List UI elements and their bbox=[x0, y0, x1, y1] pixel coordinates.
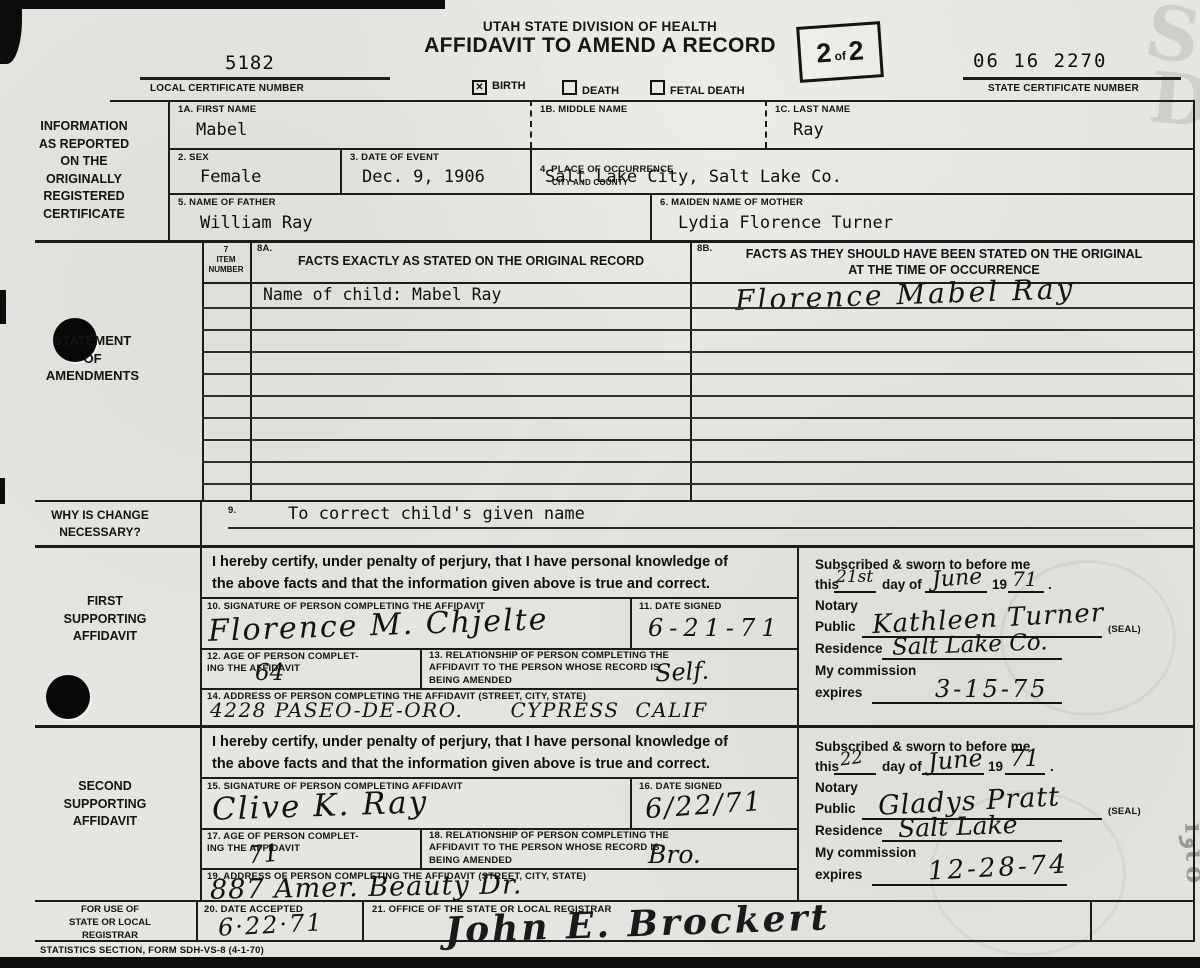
grid-line bbox=[420, 828, 422, 868]
ruled-line bbox=[202, 483, 1195, 485]
notary1-seal-label: (SEAL) bbox=[1108, 624, 1141, 636]
notary2-commission-label: My commission bbox=[815, 845, 916, 860]
form-number: STATISTICS SECTION, FORM SDH-VS-8 (4-1-7… bbox=[40, 945, 264, 957]
item-number-header: 7 ITEM NUMBER bbox=[202, 245, 250, 275]
underline bbox=[872, 702, 1062, 704]
page-stamp-total: 2 bbox=[848, 35, 865, 67]
col-8a-title: FACTS EXACTLY AS STATED ON THE ORIGINAL … bbox=[252, 254, 690, 268]
notary2-seal-label: (SEAL) bbox=[1108, 806, 1141, 818]
notary2-day: 22 bbox=[839, 747, 865, 771]
grid-line bbox=[797, 545, 799, 725]
affidavit1-certification: I hereby certify, under penalty of perju… bbox=[212, 551, 787, 596]
page-stamp: 2 of 2 bbox=[796, 21, 884, 83]
change-reason-side-label: WHY IS CHANGE NECESSARY? bbox=[20, 507, 180, 541]
hole-punch-bottom bbox=[46, 675, 90, 719]
age2-value: 71 bbox=[247, 839, 280, 870]
affidavit2-certification: I hereby certify, under penalty of perju… bbox=[212, 731, 787, 776]
notary2-residence: Salt Lake bbox=[898, 810, 1018, 843]
grid-line bbox=[35, 545, 1195, 548]
grid-line bbox=[797, 725, 799, 900]
date-of-event-value: Dec. 9, 1906 bbox=[362, 167, 485, 187]
grid-line bbox=[1090, 900, 1092, 940]
cert-line-2: the above facts and that the information… bbox=[212, 753, 787, 775]
page-stamp-page: 2 bbox=[815, 37, 832, 69]
scanned-affidavit-document: S D ıوιο UTAH STATE DIVISION OF HEALTH A… bbox=[0, 0, 1200, 968]
grid-line bbox=[168, 193, 1195, 195]
notary1-year: 71 bbox=[1012, 567, 1037, 591]
relationship2-label: 18. RELATIONSHIP OF PERSON COMPLETING TH… bbox=[429, 830, 669, 867]
state-certificate-label: STATE CERTIFICATE NUMBER bbox=[988, 82, 1139, 95]
underline bbox=[922, 773, 984, 775]
middle-name-label: 1B. MIDDLE NAME bbox=[540, 104, 627, 116]
fact-original-value: Name of child: Mabel Ray bbox=[263, 285, 501, 304]
grid-line bbox=[1193, 100, 1195, 940]
notary1-expires-label: expires bbox=[815, 685, 862, 700]
notary1-day: 21st bbox=[836, 567, 873, 587]
grid-line bbox=[340, 148, 342, 193]
grid-line bbox=[200, 597, 797, 599]
grid-line bbox=[168, 100, 170, 240]
underline bbox=[882, 658, 1062, 660]
notary1-expires: 3-15-75 bbox=[935, 675, 1049, 703]
grid-line bbox=[650, 193, 652, 240]
relationship1-value: Self. bbox=[654, 657, 709, 688]
grid-line bbox=[362, 900, 364, 940]
state-cert-rule bbox=[963, 77, 1181, 80]
date-of-event-label: 3. DATE OF EVENT bbox=[350, 152, 439, 164]
death-checkbox bbox=[562, 80, 577, 95]
change-reason-value: To correct child's given name bbox=[288, 504, 585, 524]
grid-line bbox=[35, 500, 1195, 502]
change-reason-number: 9. bbox=[228, 505, 236, 517]
ruled-line bbox=[228, 527, 1195, 529]
ruled-line bbox=[202, 417, 1195, 419]
age1-value: 64 bbox=[255, 660, 284, 686]
notary2-month: June bbox=[927, 744, 984, 777]
ruled-line bbox=[202, 373, 1195, 375]
date-signed1-value: 6-21-71 bbox=[648, 614, 783, 642]
birth-label: BIRTH bbox=[492, 80, 526, 92]
state-certificate-number: 06 16 2270 bbox=[973, 50, 1107, 72]
mother-label: 6. MAIDEN NAME OF MOTHER bbox=[660, 197, 803, 209]
last-name-label: 1C. LAST NAME bbox=[775, 104, 850, 116]
grid-line bbox=[200, 725, 202, 900]
notary2-year-prefix: 19 bbox=[988, 759, 1003, 774]
grid-line bbox=[630, 777, 632, 828]
sex-label: 2. SEX bbox=[178, 152, 209, 164]
grid-line bbox=[200, 688, 797, 690]
underline bbox=[1008, 591, 1044, 593]
affidavit2-side-label: SECOND SUPPORTING AFFIDAVIT bbox=[25, 778, 185, 831]
underline bbox=[925, 591, 987, 593]
notary1-month: June bbox=[931, 564, 983, 592]
notary2-notary-label: Notary bbox=[815, 780, 858, 795]
ruled-line bbox=[202, 461, 1195, 463]
last-name-value: Ray bbox=[793, 120, 824, 140]
notary2-year: 71 bbox=[1010, 746, 1039, 772]
notary2-residence-label: Residence bbox=[815, 823, 883, 838]
scan-edge-bottom bbox=[0, 957, 1200, 968]
signature2-value: Clive K. Ray bbox=[211, 784, 428, 828]
place-value: Salt Lake City, Salt Lake Co. bbox=[545, 167, 842, 187]
grid-line bbox=[200, 545, 202, 725]
mother-value: Lydia Florence Turner bbox=[678, 213, 893, 233]
cert-line-1: I hereby certify, under penalty of perju… bbox=[212, 551, 787, 573]
address2-value: 887 Amer. Beauty Dr. bbox=[210, 869, 523, 905]
grid-line bbox=[420, 648, 422, 688]
grid-line bbox=[530, 100, 532, 148]
ghost-edge-marks: ıوιο bbox=[1178, 822, 1200, 887]
notary1-notary-label: Notary bbox=[815, 598, 858, 613]
col-8b-title: FACTS AS THEY SHOULD HAVE BEEN STATED ON… bbox=[700, 246, 1188, 279]
grid-line bbox=[200, 777, 797, 779]
grid-line bbox=[35, 900, 1195, 902]
notary1-residence: Salt Lake Co. bbox=[892, 629, 1048, 660]
notary1-period: . bbox=[1048, 577, 1052, 592]
grid-line bbox=[35, 725, 1195, 728]
date-accepted-value: 6·22·71 bbox=[217, 908, 324, 941]
scan-edge-corner bbox=[0, 0, 22, 64]
cert-line-2: the above facts and that the information… bbox=[212, 573, 787, 595]
ruled-line bbox=[202, 307, 1195, 309]
notary1-commission-label: My commission bbox=[815, 663, 916, 678]
grid-line bbox=[765, 100, 767, 148]
grid-line bbox=[168, 148, 1195, 150]
notary2-expires-label: expires bbox=[815, 867, 862, 882]
sex-value: Female bbox=[200, 167, 261, 187]
underline bbox=[834, 773, 876, 775]
page-stamp-of: of bbox=[834, 49, 846, 64]
father-label: 5. NAME OF FATHER bbox=[178, 197, 276, 209]
death-label: DEATH bbox=[582, 85, 619, 97]
address1-value: 4228 PASEO-DE-ORO. CYPRESS CALIF bbox=[210, 698, 708, 722]
record-type-fetal-death: FETAL DEATH bbox=[650, 80, 745, 97]
ruled-line bbox=[202, 351, 1195, 353]
scan-edge-left-1 bbox=[0, 290, 6, 324]
notary1-public-label: Public bbox=[815, 619, 856, 634]
age2-label: 17. AGE OF PERSON COMPLET- ING THE AFFID… bbox=[207, 831, 359, 856]
notary2-period: . bbox=[1050, 759, 1054, 774]
local-certificate-label: LOCAL CERTIFICATE NUMBER bbox=[150, 82, 304, 95]
first-name-value: Mabel bbox=[196, 120, 247, 140]
cert-line-1: I hereby certify, under penalty of perju… bbox=[212, 731, 787, 753]
underline bbox=[872, 884, 1067, 886]
fact-corrected-value: Florence Mabel Ray bbox=[735, 272, 1076, 317]
grid-line bbox=[530, 148, 532, 193]
local-certificate-number: 5182 bbox=[225, 52, 275, 74]
grid-line bbox=[110, 100, 1195, 102]
original-info-side-label: INFORMATION AS REPORTED ON THE ORIGINALL… bbox=[0, 118, 168, 223]
underline bbox=[1005, 773, 1045, 775]
relationship2-value: Bro. bbox=[648, 840, 701, 869]
ruled-line bbox=[202, 395, 1195, 397]
ruled-line bbox=[202, 439, 1195, 441]
notary1-dayof-label: day of bbox=[882, 577, 922, 592]
affidavit1-side-label: FIRST SUPPORTING AFFIDAVIT bbox=[25, 593, 185, 646]
notary1-residence-label: Residence bbox=[815, 641, 883, 656]
grid-line bbox=[630, 597, 632, 648]
notary1-year-prefix: 19 bbox=[992, 577, 1007, 592]
grid-line bbox=[35, 240, 1195, 243]
grid-line bbox=[200, 500, 202, 545]
scan-edge-left-2 bbox=[0, 478, 5, 504]
amendments-side-label: STATEMENT OF AMENDMENTS bbox=[10, 332, 175, 385]
underline bbox=[834, 591, 876, 593]
notary2-this-label: this bbox=[815, 759, 839, 774]
fetal-death-label: FETAL DEATH bbox=[670, 85, 745, 97]
record-type-death: DEATH bbox=[562, 80, 619, 97]
first-name-label: 1A. FIRST NAME bbox=[178, 104, 256, 116]
grid-line bbox=[196, 900, 198, 940]
relationship1-label: 13. RELATIONSHIP OF PERSON COMPLETING TH… bbox=[429, 650, 669, 687]
local-cert-rule bbox=[140, 77, 390, 80]
father-value: William Ray bbox=[200, 213, 313, 233]
date-signed1-label: 11. DATE SIGNED bbox=[639, 601, 722, 613]
fetal-death-checkbox bbox=[650, 80, 665, 95]
birth-checkbox: ✕ bbox=[472, 80, 487, 95]
ruled-line bbox=[202, 329, 1195, 331]
notary2-dayof-label: day of bbox=[882, 759, 922, 774]
underline bbox=[882, 840, 1062, 842]
record-type-birth: ✕BIRTH bbox=[472, 80, 526, 95]
notary2-public-label: Public bbox=[815, 801, 856, 816]
registrar-side-label: FOR USE OF STATE OR LOCAL REGISTRAR bbox=[30, 904, 190, 942]
scan-edge-top bbox=[0, 0, 445, 9]
